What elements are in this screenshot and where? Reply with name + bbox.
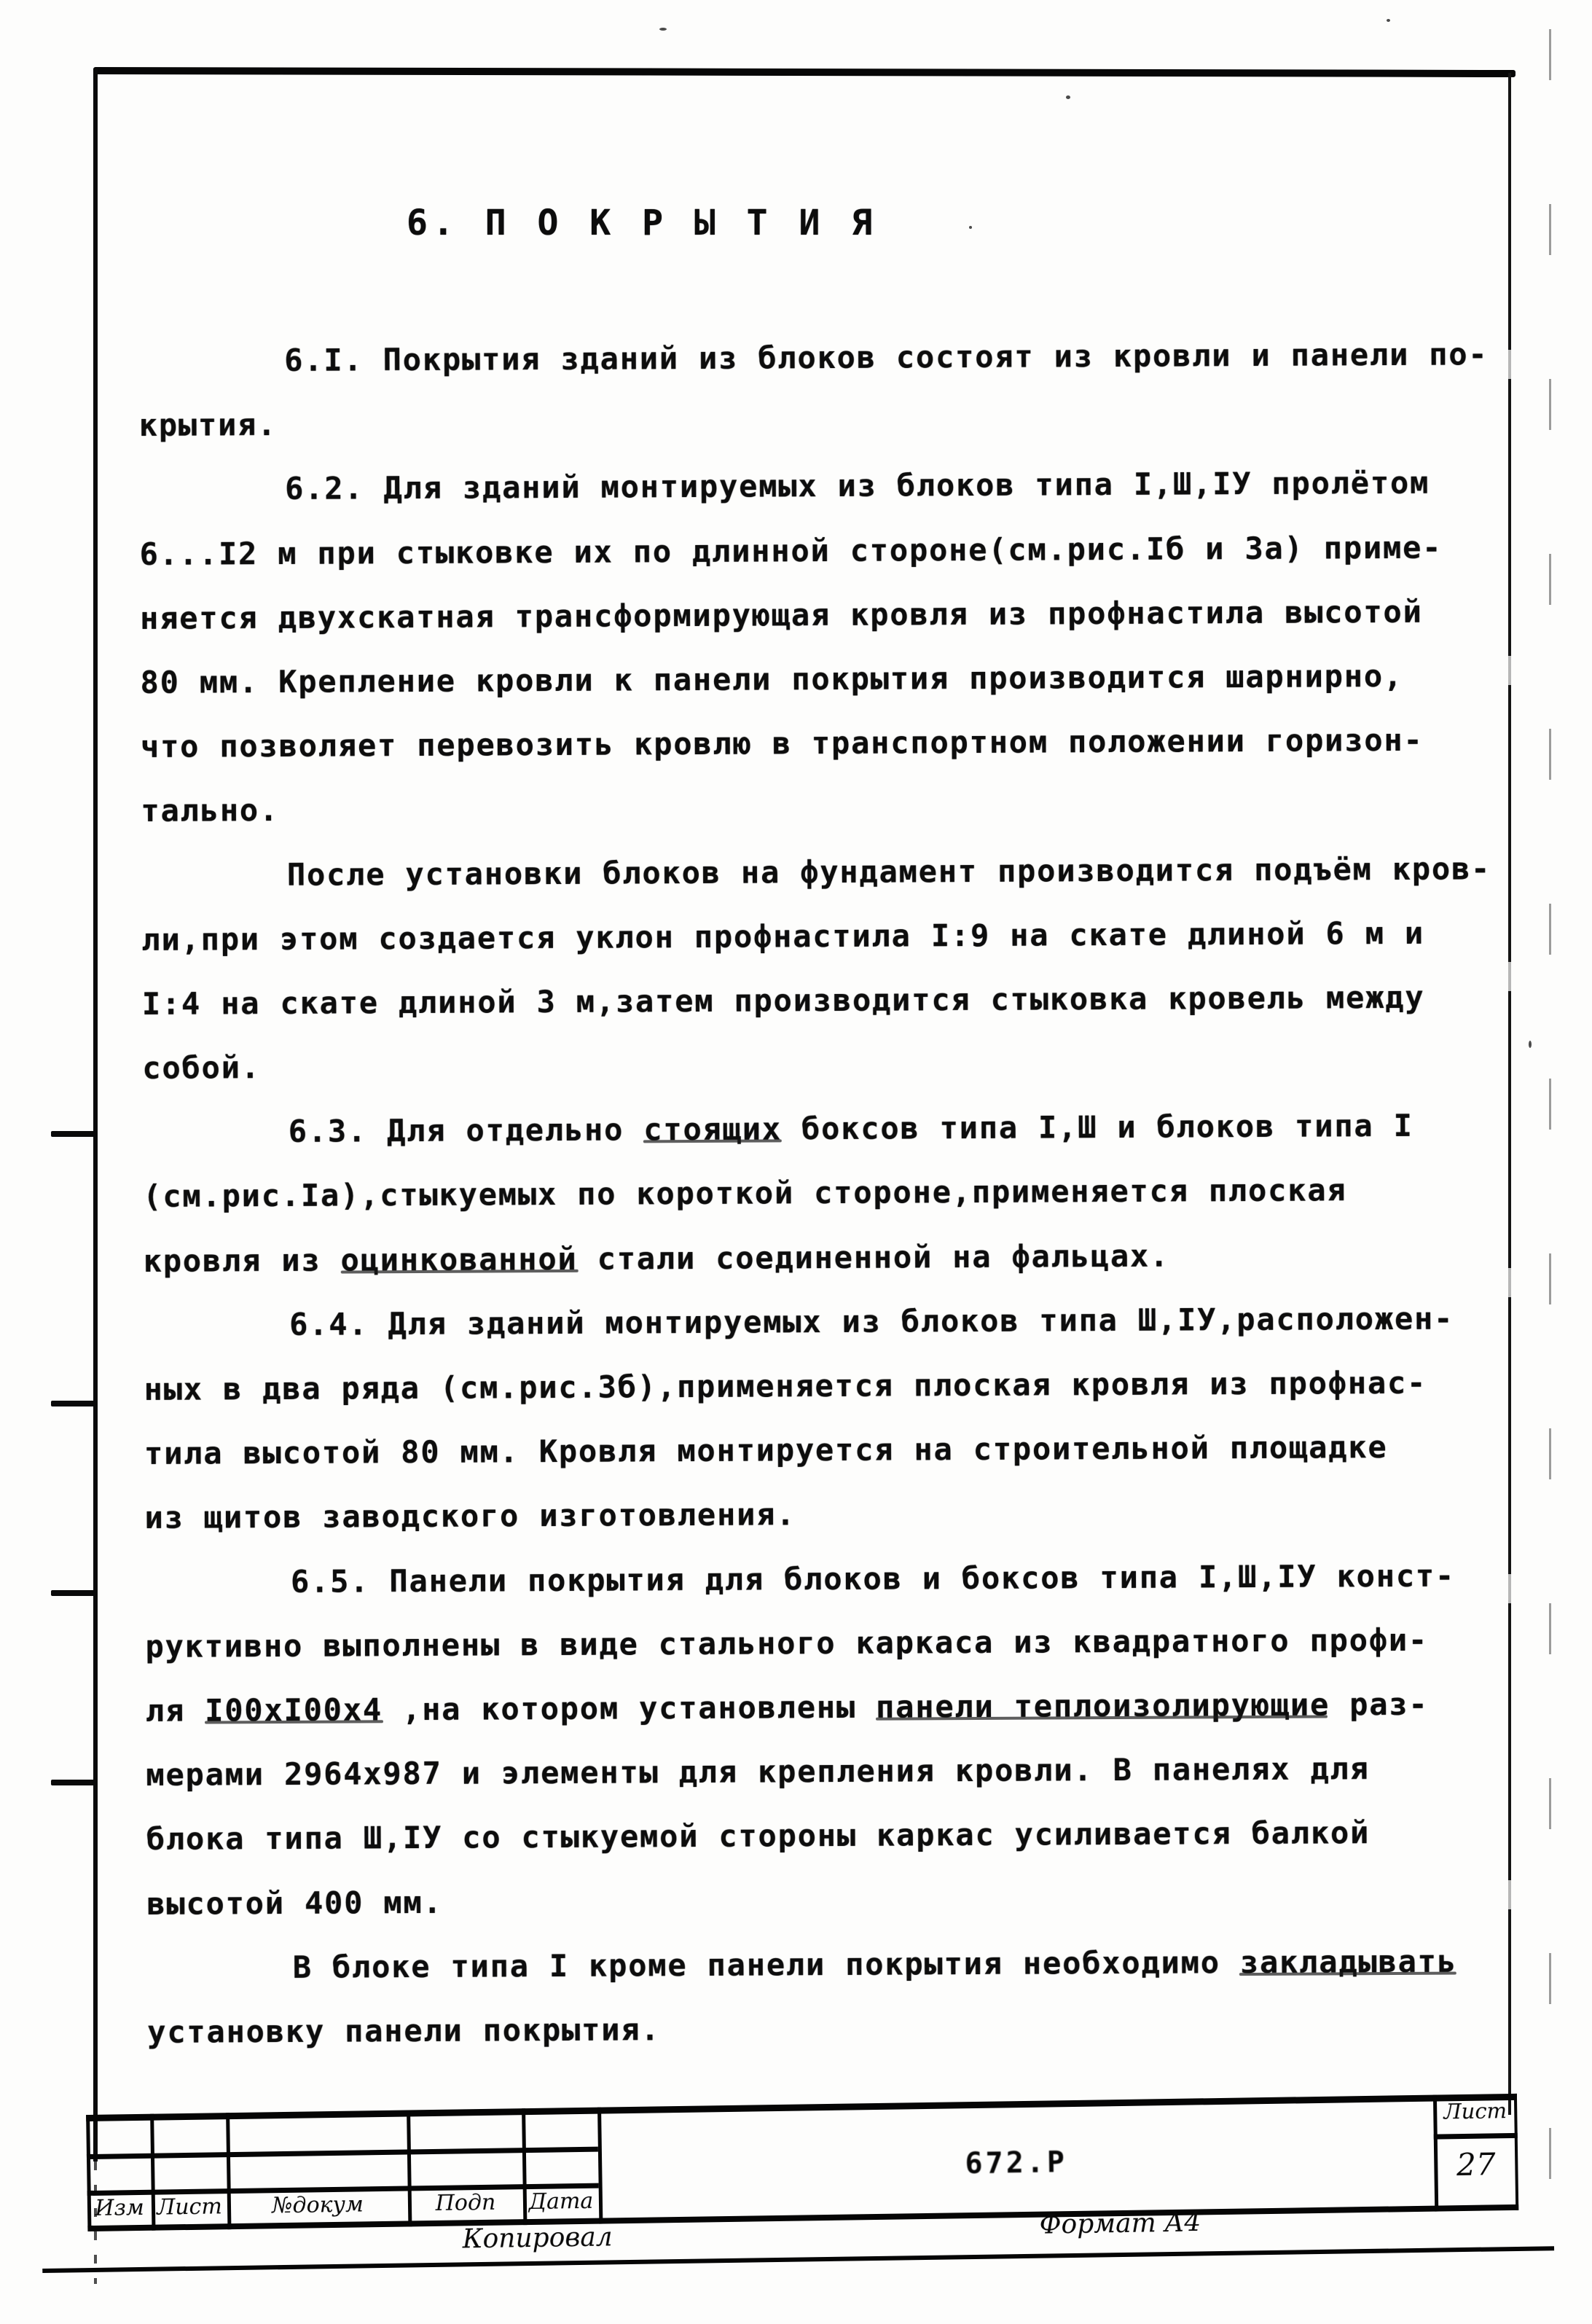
frame-border-top	[93, 67, 1515, 77]
sheet-label: Лист	[1433, 2098, 1517, 2124]
text-line: кровля из оцинкованной стали соединенной…	[143, 1222, 1465, 1294]
scan-speck	[1066, 95, 1070, 99]
text-line: 6.3. Для отдельно стоящих боксов типа I,…	[143, 1094, 1465, 1165]
text-line: няется двухскатная трансформирующая кров…	[140, 579, 1462, 651]
text-line: 80 мм. Крепление кровли к панели покрыти…	[140, 643, 1462, 715]
title-block: Изм Лист №докум Подп Дата 672.Р Лист 27 …	[40, 2087, 1558, 2285]
text-line: что позволяет перевозить кровлю в трансп…	[141, 708, 1463, 780]
text-line: руктивно выполнены в виде стального карк…	[145, 1608, 1467, 1679]
stamp-line	[86, 2094, 1517, 2121]
format-label: Формат А4	[967, 2207, 1274, 2241]
left-binding-tick	[51, 1131, 96, 1137]
revision-col-data: Дата	[523, 2185, 600, 2220]
text-line: мерами 2964х987 и элементы для крепления…	[146, 1737, 1468, 1808]
stamp-line	[87, 2147, 598, 2159]
text-line: тила высотой 80 мм. Кровля монтируется н…	[144, 1415, 1467, 1487]
text-line: из щитов заводского изготовления.	[144, 1479, 1467, 1551]
text-line: ля I00хI00х4 ,на котором установлены пан…	[146, 1672, 1468, 1743]
text-line: установку панели покрытия.	[147, 1993, 1470, 2065]
text-line: 6.4. Для зданий монтируемых из блоков ти…	[144, 1286, 1466, 1358]
right-dashed-fold-line	[1549, 29, 1551, 2296]
scan-speck	[1529, 1041, 1532, 1048]
text-line: 6.I. Покрытия зданий из блоков состоят и…	[138, 322, 1461, 394]
text-line: высотой 400 мм.	[146, 1865, 1469, 1936]
text-line: блока типа Ш,IУ со стыкуемой стороны кар…	[146, 1801, 1469, 1872]
text-line: 6.5. Панели покрытия для блоков и боксов…	[145, 1544, 1467, 1615]
text-line: 6...I2 м при стыковке их по длинной стор…	[139, 515, 1462, 587]
text-line: тально.	[141, 772, 1463, 844]
text-line: собой.	[142, 1030, 1464, 1101]
left-binding-tick	[51, 1590, 96, 1596]
frame-border-left	[93, 69, 98, 2161]
scan-speck	[659, 28, 667, 31]
document-text: 6.I. Покрытия зданий из блоков состоят и…	[138, 322, 1470, 2065]
revision-col-dokum: №докум	[227, 2188, 409, 2224]
frame-border-right	[1508, 73, 1511, 2115]
document-number: 672.Р	[598, 2140, 1435, 2186]
stamp-line	[1434, 2133, 1518, 2140]
scan-speck	[1387, 19, 1390, 22]
sheet-number: 27	[1434, 2146, 1518, 2183]
revision-col-list: Лист	[152, 2190, 228, 2225]
text-line: 6.2. Для зданий монтируемых из блоков ти…	[139, 451, 1462, 523]
text-line: I:4 на скате длиной 3 м,затем производит…	[142, 965, 1464, 1036]
text-line: В блоке типа I кроме панели покрытия нео…	[147, 1929, 1470, 2000]
left-binding-tick	[51, 1780, 96, 1785]
page-title: 6. П О К Р Ы Т И Я	[407, 203, 877, 243]
stamp-line	[42, 2246, 1554, 2273]
text-line: ли,при этом создается уклон профнастила …	[141, 901, 1464, 972]
text-line: крытия.	[138, 387, 1461, 458]
text-line: После установки блоков на фундамент прои…	[141, 837, 1464, 908]
revision-col-podp: Подп	[408, 2186, 524, 2221]
text-line: (см.рис.Iа),стыкуемых по короткой сторон…	[143, 1158, 1465, 1229]
revision-col-izm: Изм	[87, 2191, 152, 2226]
text-line: ных в два ряда (см.рис.3б),применяется п…	[144, 1350, 1466, 1422]
left-binding-tick	[51, 1401, 96, 1406]
scan-speck	[969, 226, 972, 229]
copied-by-label: Копировал	[384, 2221, 691, 2255]
